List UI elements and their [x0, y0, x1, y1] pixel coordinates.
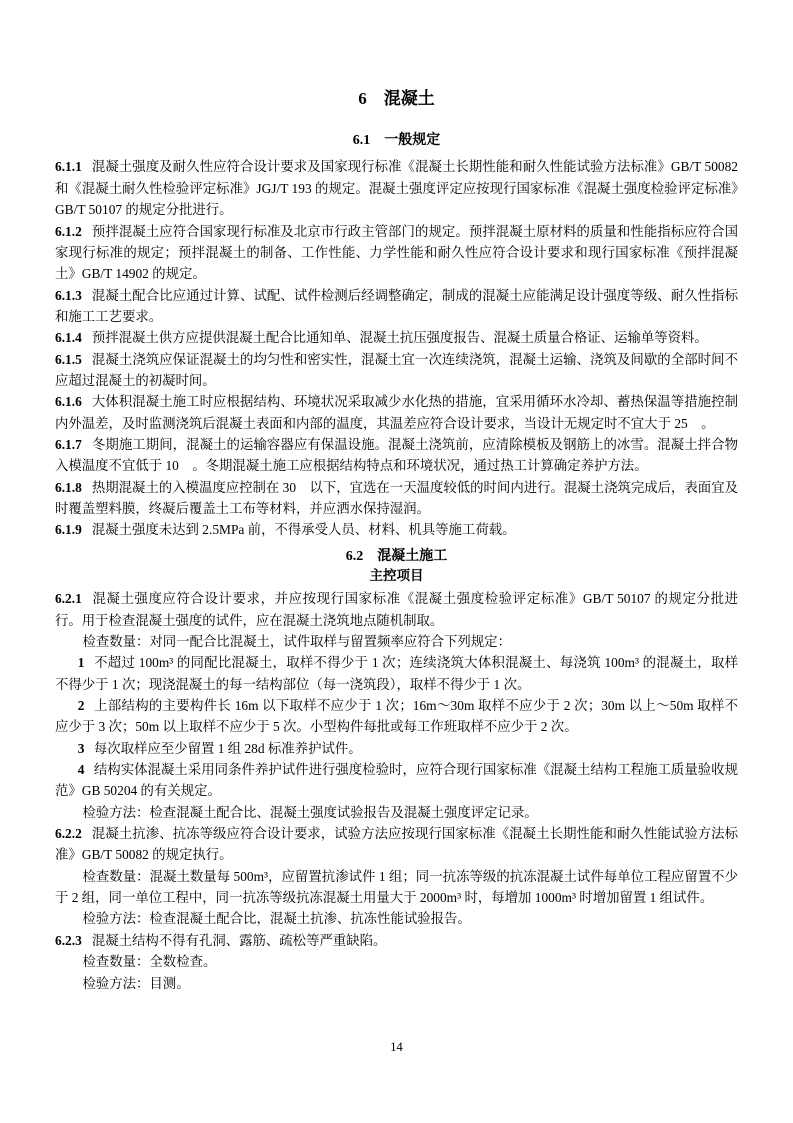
clause-text: 预拌混凝土供方应提供混凝土配合比通知单、混凝土抗压强度报告、混凝土质量合格证、运…	[92, 330, 708, 345]
list-item-4: 4结构实体混凝土采用同条件养护试件进行强度检验时，应符合现行国家标准《混凝土结构…	[55, 759, 738, 802]
list-number: 4	[78, 762, 85, 777]
note-check-method-6-2-1: 检验方法：检查混凝土配合比、混凝土强度试验报告及混凝土强度评定记录。	[55, 802, 738, 823]
clause-6-1-4: 6.1.4预拌混凝土供方应提供混凝土配合比通知单、混凝土抗压强度报告、混凝土质量…	[55, 327, 738, 348]
clause-text: 混凝土结构不得有孔洞、露筋、疏松等严重缺陷。	[92, 933, 387, 948]
clause-number: 6.1.9	[55, 522, 82, 537]
subheading-main-control-items: 主控项目	[55, 567, 738, 585]
clause-text: 混凝土强度应符合设计要求，并应按现行国家标准《混凝土强度检验评定标准》GB/T …	[55, 591, 738, 627]
list-number: 3	[78, 741, 85, 756]
list-item-2: 2上部结构的主要构件长 16m 以下取样不应少于 1 次；16m～30m 取样不…	[55, 695, 738, 738]
clause-text: 混凝土配合比应通过计算、试配、试件检测后经调整确定，制成的混凝土应能满足设计强度…	[55, 288, 738, 324]
clause-6-1-1: 6.1.1混凝土强度及耐久性应符合设计要求及国家现行标准《混凝土长期性能和耐久性…	[55, 156, 738, 220]
note-check-quantity-6-2-2: 检查数量：混凝土数量每 500m³，应留置抗渗试件 1 组；同一抗冻等级的抗冻混…	[55, 866, 738, 909]
clause-6-1-3: 6.1.3混凝土配合比应通过计算、试配、试件检测后经调整确定，制成的混凝土应能满…	[55, 285, 738, 328]
clause-number: 6.2.2	[55, 826, 82, 841]
clause-number: 6.1.2	[55, 224, 82, 239]
clause-6-1-5: 6.1.5混凝土浇筑应保证混凝土的均匀性和密实性，混凝土宜一次连续浇筑，混凝土运…	[55, 349, 738, 392]
clause-text: 混凝土抗渗、抗冻等级应符合设计要求，试验方法应按现行国家标准《混凝土长期性能和耐…	[55, 826, 738, 862]
list-text: 上部结构的主要构件长 16m 以下取样不应少于 1 次；16m～30m 取样不应…	[55, 698, 738, 734]
note-check-quantity-6-2-1: 检查数量：对同一配合比混凝土，试件取样与留置频率应符合下列规定：	[55, 631, 738, 652]
list-item-3: 3每次取样应至少留置 1 组 28d 标准养护试件。	[55, 738, 738, 759]
page-number: 14	[0, 1040, 793, 1055]
list-text: 不超过 100m³ 的同配比混凝土，取样不得少于 1 次；连续浇筑大体积混凝土、…	[55, 655, 738, 691]
list-number: 1	[78, 655, 85, 670]
clause-6-1-7: 6.1.7冬期施工期间，混凝土的运输容器应有保温设施。混凝土浇筑前，应清除模板及…	[55, 434, 738, 477]
clause-number: 6.1.8	[55, 480, 82, 495]
section-heading-6-2: 6.2 混凝土施工	[55, 549, 738, 565]
document-page: 6 混凝土 6.1 一般规定 6.1.1混凝土强度及耐久性应符合设计要求及国家现…	[0, 0, 793, 1123]
clause-text: 冬期施工期间，混凝土的运输容器应有保温设施。混凝土浇筑前，应清除模板及钢筋上的冰…	[55, 437, 738, 473]
section-heading-6-1: 6.1 一般规定	[55, 133, 738, 149]
clause-text: 大体积混凝土施工时应根据结构、环境状况采取减少水化热的措施，宜采用循环水冷却、蓄…	[55, 394, 738, 430]
clause-text: 预拌混凝土应符合国家现行标准及北京市行政主管部门的规定。预拌混凝土原材料的质量和…	[55, 224, 738, 282]
list-number: 2	[78, 698, 85, 713]
clause-6-2-2: 6.2.2混凝土抗渗、抗冻等级应符合设计要求，试验方法应按现行国家标准《混凝土长…	[55, 823, 738, 866]
note-check-method-6-2-3: 检验方法：目测。	[55, 973, 738, 994]
clause-6-1-8: 6.1.8热期混凝土的入模温度应控制在 30 以下，宜选在一天温度较低的时间内进…	[55, 477, 738, 520]
note-check-quantity-6-2-3: 检查数量：全数检查。	[55, 951, 738, 972]
clause-number: 6.1.4	[55, 330, 82, 345]
list-item-1: 1不超过 100m³ 的同配比混凝土，取样不得少于 1 次；连续浇筑大体积混凝土…	[55, 652, 738, 695]
clause-number: 6.1.6	[55, 394, 82, 409]
clause-6-2-3: 6.2.3混凝土结构不得有孔洞、露筋、疏松等严重缺陷。	[55, 930, 738, 951]
clause-number: 6.1.1	[55, 159, 82, 174]
clause-text: 混凝土强度及耐久性应符合设计要求及国家现行标准《混凝土长期性能和耐久性能试验方法…	[55, 159, 738, 217]
clause-text: 混凝土强度未达到 2.5MPa 前，不得承受人员、材料、机具等施工荷载。	[92, 522, 516, 537]
list-text: 每次取样应至少留置 1 组 28d 标准养护试件。	[94, 741, 362, 756]
clause-text: 混凝土浇筑应保证混凝土的均匀性和密实性，混凝土宜一次连续浇筑，混凝土运输、浇筑及…	[55, 352, 738, 388]
clause-number: 6.2.1	[55, 591, 82, 606]
chapter-title: 6 混凝土	[55, 0, 738, 109]
clause-number: 6.2.3	[55, 933, 82, 948]
clause-text: 热期混凝土的入模温度应控制在 30 以下，宜选在一天温度较低的时间内进行。混凝土…	[55, 480, 738, 516]
note-check-method-6-2-2: 检验方法：检查混凝土配合比，混凝土抗渗、抗冻性能试验报告。	[55, 908, 738, 929]
clause-6-1-6: 6.1.6大体积混凝土施工时应根据结构、环境状况采取减少水化热的措施，宜采用循环…	[55, 391, 738, 434]
clause-6-1-2: 6.1.2预拌混凝土应符合国家现行标准及北京市行政主管部门的规定。预拌混凝土原材…	[55, 221, 738, 285]
clause-6-2-1: 6.2.1混凝土强度应符合设计要求，并应按现行国家标准《混凝土强度检验评定标准》…	[55, 588, 738, 631]
clause-number: 6.1.3	[55, 288, 82, 303]
clause-number: 6.1.7	[55, 437, 82, 452]
clause-6-1-9: 6.1.9混凝土强度未达到 2.5MPa 前，不得承受人员、材料、机具等施工荷载…	[55, 519, 738, 540]
list-text: 结构实体混凝土采用同条件养护试件进行强度检验时，应符合现行国家标准《混凝土结构工…	[55, 762, 738, 798]
page-content: 6 混凝土 6.1 一般规定 6.1.1混凝土强度及耐久性应符合设计要求及国家现…	[55, 0, 738, 994]
clause-number: 6.1.5	[55, 352, 82, 367]
